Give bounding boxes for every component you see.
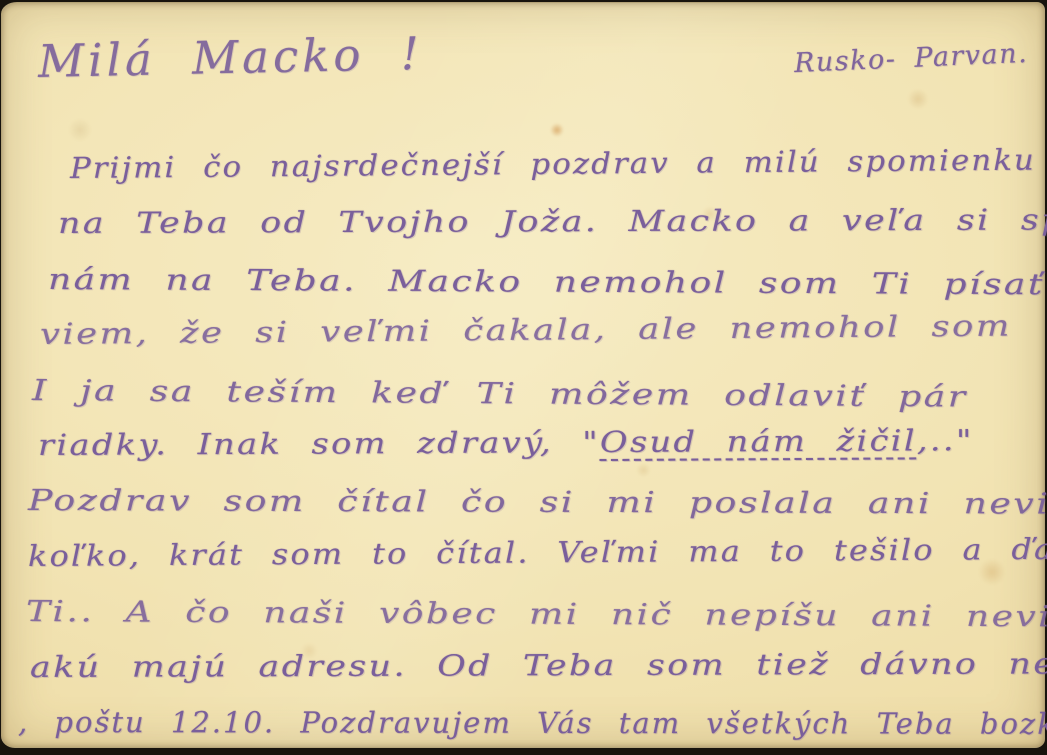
paper-stain — [68, 119, 92, 141]
handwriting-line: Prijmi čo najsrdečnejší pozdrav a milú s… — [70, 134, 1047, 198]
handwriting-segment: ,.." — [917, 423, 974, 457]
location-line: Rusko- Parvan. — [793, 38, 1028, 79]
paper-stain — [907, 89, 929, 109]
handwriting-segment: viem, že si veľmi čakala, ale nemohol so… — [40, 309, 1012, 351]
handwriting-segment: akú majú adresu. Od Teba som tiež dávno … — [30, 646, 1047, 684]
handwriting-segment: koľko, krát som to čítal. Veľmi ma to te… — [28, 531, 1047, 573]
handwriting-segment: Ti.. A čo naši vôbec mi nič nepíšu ani n… — [26, 594, 1047, 634]
handwriting-line: koľko, krát som to čítal. Veľmi ma to te… — [28, 523, 1047, 586]
salutation: Milá Macko ! — [37, 27, 423, 88]
handwriting-segment: I ja sa teším keď Ti môžem odlaviť pár — [32, 373, 968, 414]
handwriting-line: riadky. Inak som zdravý, "Osud nám žičil… — [38, 414, 1047, 476]
postcard: Milá Macko ! Rusko- Parvan. Prijmi čo na… — [1, 2, 1045, 748]
handwriting-segment: Prijmi čo najsrdečnejší pozdrav a milú s… — [70, 143, 1036, 185]
handwriting-lines: Prijmi čo najsrdečnejší pozdrav a milú s… — [14, 143, 1044, 752]
handwriting-segment: na Teba od Tvojho Joža. Macko a veľa si … — [58, 203, 1047, 241]
handwriting-segment: riadky. Inak som zdravý, " — [38, 425, 600, 462]
handwriting-segment: nám na Teba. Macko nemohol som Ti písať — [48, 262, 1045, 301]
underlined-phrase: Osud nám žičil — [600, 423, 917, 459]
handwriting-line: , poštu 12.10. Pozdravujem Vás tam všetk… — [18, 697, 1044, 754]
handwriting-segment: , poštu 12.10. Pozdravujem Vás tam všetk… — [18, 705, 1047, 741]
handwriting-line: akú majú adresu. Od Teba som tiež dávno … — [30, 637, 1047, 697]
handwriting-line: na Teba od Tvojho Joža. Macko a veľa si … — [58, 194, 1047, 254]
handwriting-line: viem, že si veľmi čakala, ale nemohol so… — [40, 298, 1047, 364]
handwriting-segment: Pozdrav som čítal čo si mi poslala ani n… — [28, 483, 1047, 521]
paper-stain — [550, 123, 564, 137]
